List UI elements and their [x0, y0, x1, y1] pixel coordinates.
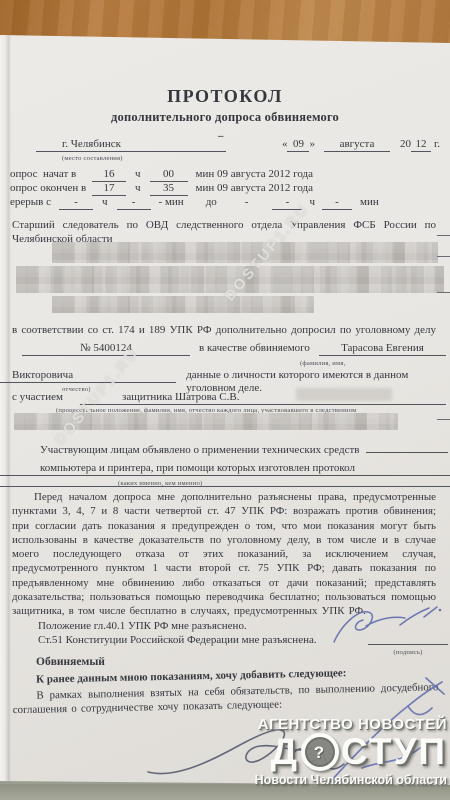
- ended-tail: мин 09 августа 2012 года: [196, 182, 313, 195]
- started-minute: 00: [150, 168, 188, 182]
- case-number-field: № 5400124: [22, 342, 190, 356]
- separator-line: [0, 486, 450, 487]
- started-tail: мин 09 августа 2012 года: [196, 168, 313, 181]
- provision-line: Положение гл.40.1 УПК РФ мне разъяснено.: [38, 620, 247, 633]
- page-left-edge: [0, 30, 11, 786]
- blurred-fragment: [296, 388, 392, 401]
- ruled-line-end: [437, 235, 450, 236]
- brand-first-letter: Д: [271, 732, 299, 772]
- accused-name-field: Тарасова Евгения: [319, 342, 446, 356]
- hour-unit: ч: [135, 168, 141, 181]
- brand-rest-letters: СТУП: [341, 732, 447, 772]
- break-v2: -: [117, 196, 151, 210]
- started-row: опрос начат в 16 ч 00 мин 09 августа 201…: [10, 168, 410, 182]
- ended-hour: 17: [92, 182, 126, 196]
- year-written-field: 12: [411, 138, 431, 152]
- protocol-paper: ПРОТОКОЛ дополнительного допроса обвиняе…: [0, 30, 450, 786]
- break-u1: ч: [102, 196, 108, 209]
- break-v4: -: [322, 196, 352, 210]
- year-suffix: г.: [434, 138, 440, 151]
- tech-row-1: Участвующим лицам объявлено о применении…: [40, 444, 448, 457]
- date-month-field: августа: [324, 138, 390, 152]
- break-to: до: [206, 196, 217, 209]
- break-dash: -: [245, 196, 249, 209]
- ruled-line-end: [437, 419, 450, 420]
- signature-caption: (подпись): [368, 644, 448, 659]
- break-tail: мин: [360, 196, 379, 209]
- place-date-row: г. Челябинск « 09 » августа 20 12 г.: [36, 138, 440, 152]
- agency-brand: Д ? СТУП: [255, 732, 447, 772]
- redacted-block: [52, 242, 438, 263]
- started-label: опрос начат в: [10, 168, 92, 181]
- legal-basis-line: в соответствии со ст. 174 и 189 УПК РФ д…: [12, 324, 436, 337]
- ended-label: опрос окончен в: [10, 182, 92, 195]
- rights-paragraph: Перед началом допроса мне дополнительно …: [12, 490, 436, 619]
- break-row: ерерыв с - ч - - мин до - - ч - мин: [10, 196, 420, 210]
- protocol-subtitle: дополнительного допроса обвиняемого: [0, 111, 450, 124]
- ended-row: опрос окончен в 17 ч 35 мин 09 августа 2…: [10, 182, 410, 196]
- constitution-line: Ст.51 Конституции Российской Федерации м…: [38, 634, 317, 647]
- protocol-title: ПРОТОКОЛ: [0, 90, 450, 103]
- redacted-block: [52, 296, 314, 313]
- break-mid: - мин: [159, 196, 184, 209]
- blank-line: [366, 452, 449, 453]
- hour-unit: ч: [135, 182, 141, 195]
- tech-text-1: Участвующим лицам объявлено о применении…: [40, 444, 360, 457]
- document-photo: ПРОТОКОЛ дополнительного допроса обвиняе…: [0, 0, 450, 800]
- date-day-field: 09: [287, 138, 309, 152]
- break-v1: -: [59, 196, 93, 210]
- place-field: г. Челябинск: [36, 138, 226, 152]
- as-accused-label: в качестве обвиняемого: [199, 342, 310, 355]
- ruled-line-end: [437, 256, 450, 257]
- quote-close: »: [309, 138, 315, 151]
- tech-row-2: компьютера и принтера, при помощи которы…: [0, 462, 450, 476]
- break-u2: ч: [309, 196, 315, 209]
- accused-label: Обвиняемый: [36, 656, 105, 669]
- agency-tagline: Новости Челябинской области: [255, 773, 447, 787]
- patronymic-field: Викторовича: [0, 369, 176, 383]
- place-caption: (место составления): [62, 152, 123, 165]
- started-hour: 16: [92, 168, 126, 182]
- participation-label: с участием: [12, 391, 80, 404]
- dostup-agency-watermark: АГЕНТСТВО НОВОСТЕЙ Д ? СТУП Новости Челя…: [255, 716, 447, 787]
- ended-minute: 35: [150, 182, 188, 196]
- tech-caption: (каких именно, кем именно): [118, 477, 202, 490]
- ruled-line-end: [437, 292, 450, 293]
- year-printed: 20: [400, 138, 411, 151]
- case-row: № 5400124 в качестве обвиняемого Тарасов…: [0, 342, 446, 356]
- break-label: ерерыв с: [10, 196, 51, 209]
- lens-question-icon: ?: [301, 733, 339, 771]
